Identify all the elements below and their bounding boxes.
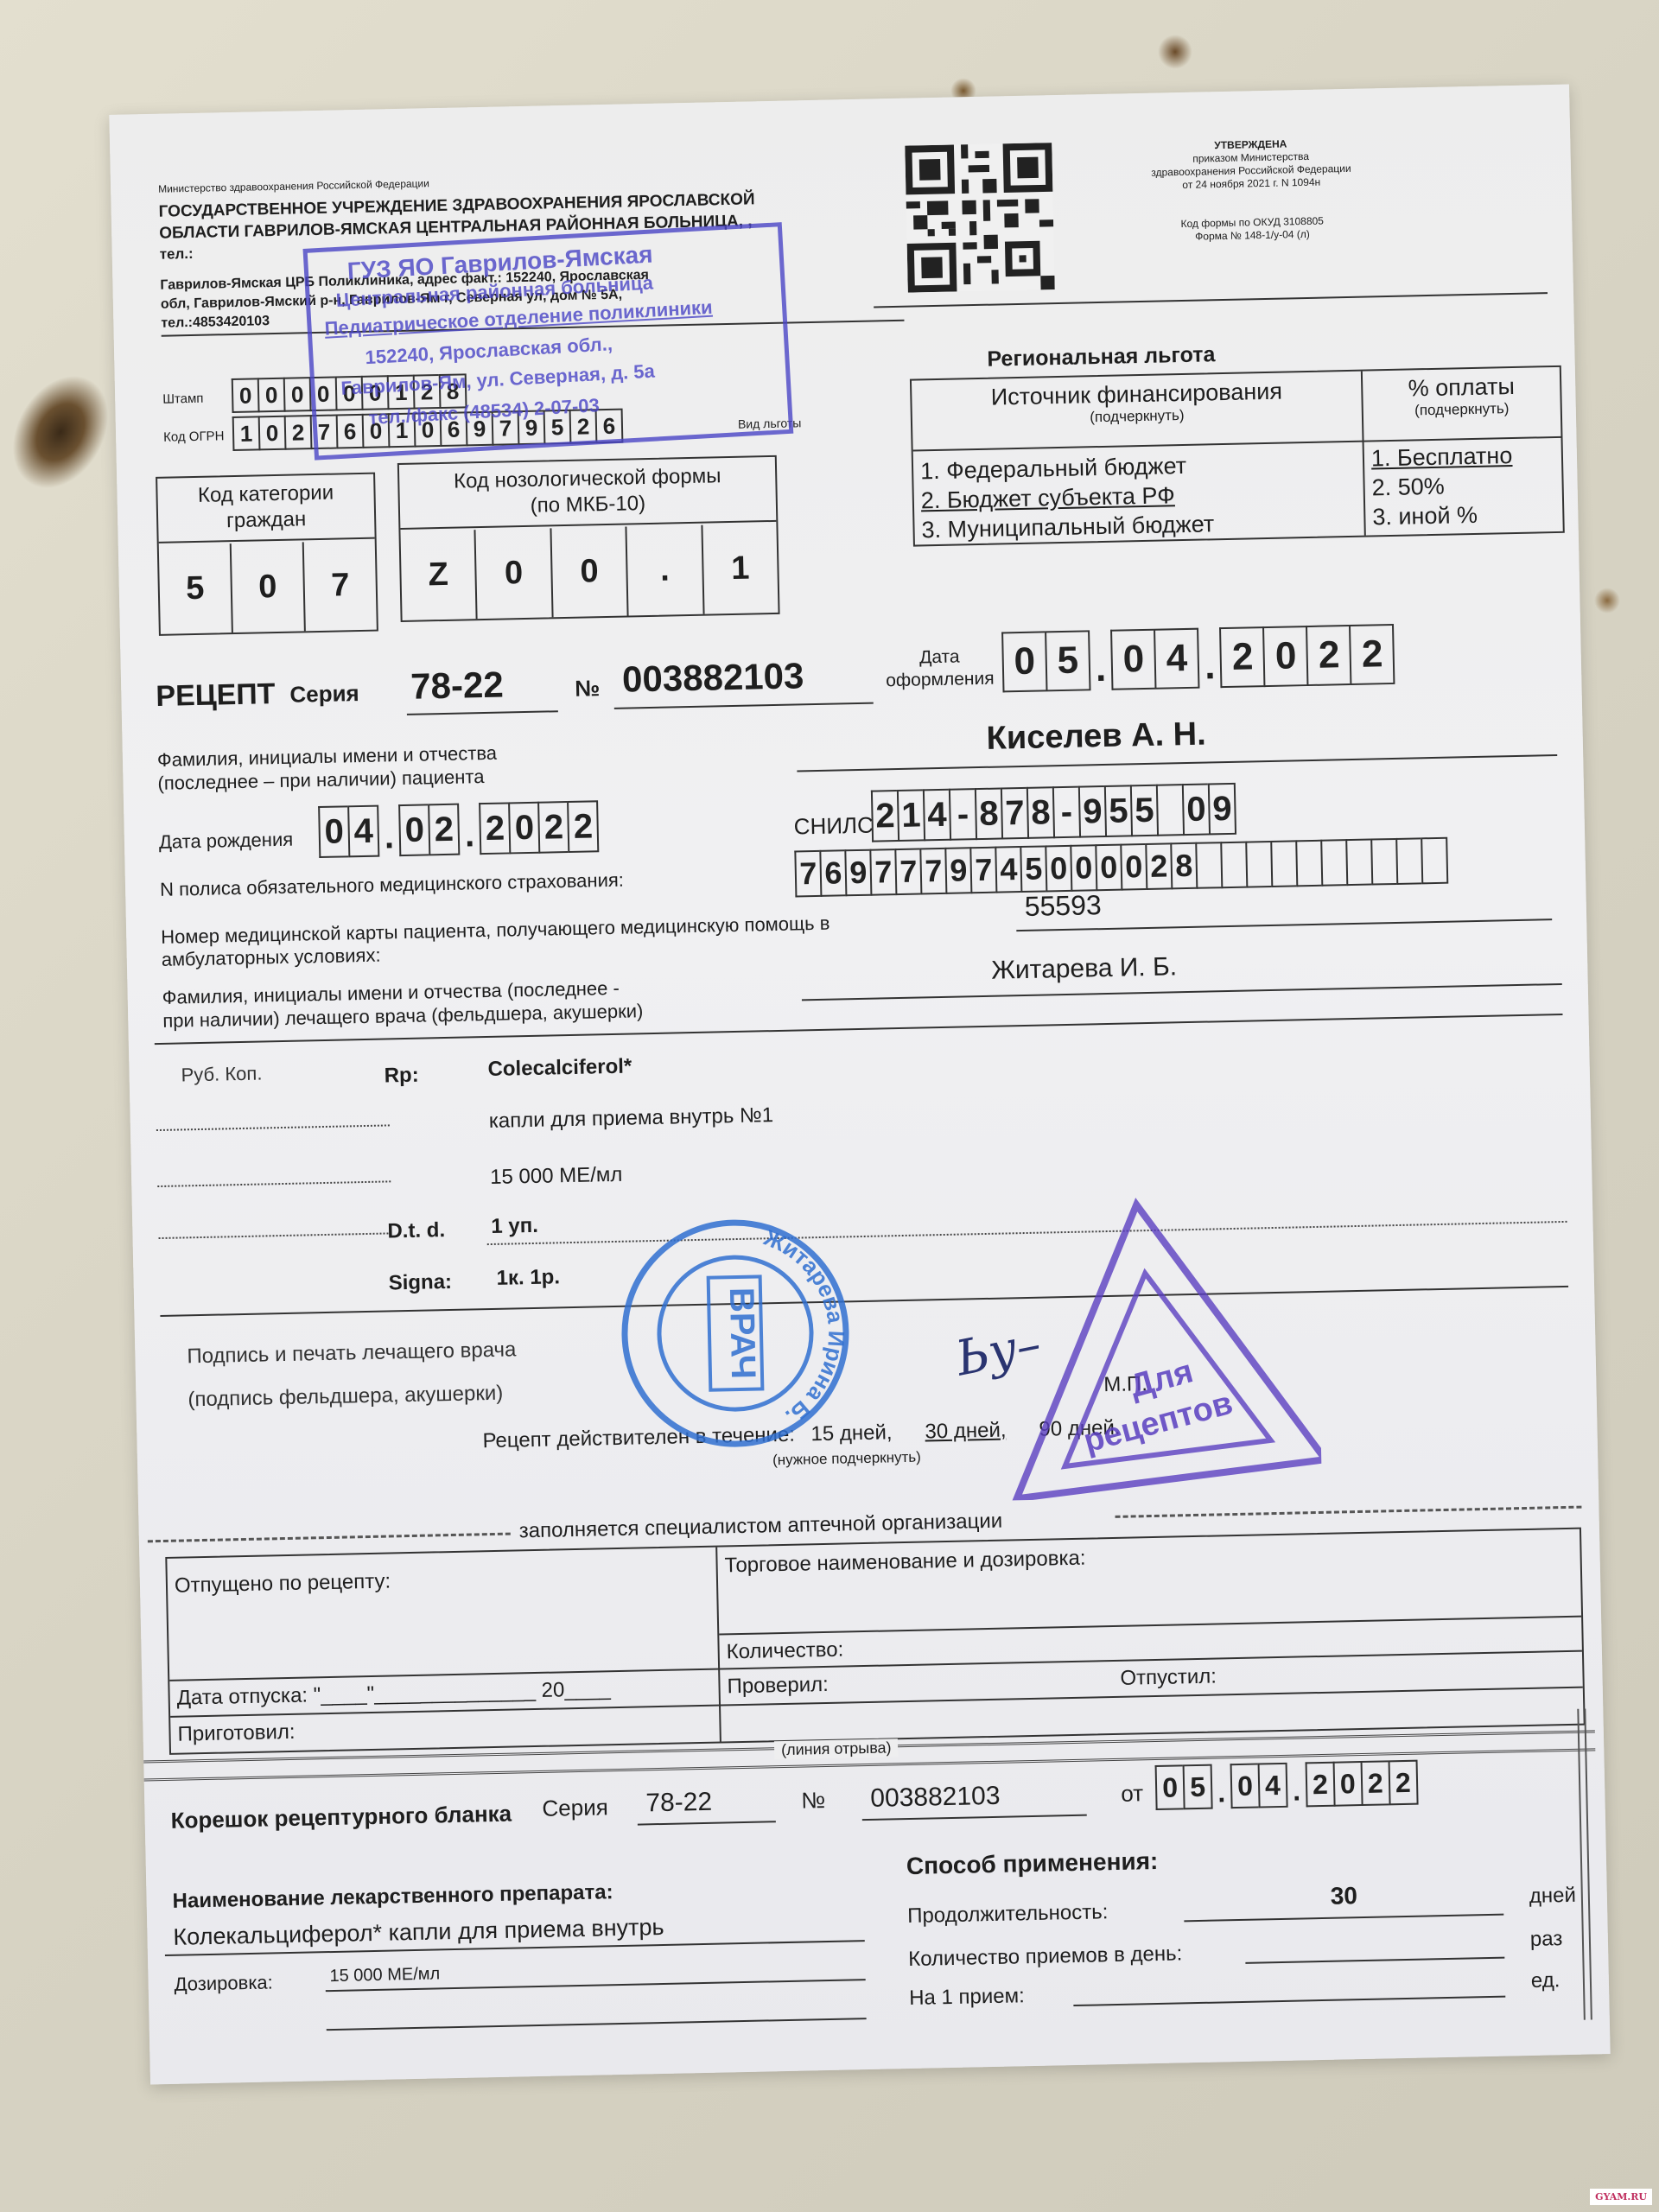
snils-digit: - — [949, 788, 976, 841]
citizen-category-cells: 507 — [159, 541, 377, 634]
prepared-label: Приготовил: — [177, 1720, 296, 1747]
stamp-digit: 0 — [283, 377, 310, 412]
date-separator: . — [1090, 647, 1111, 690]
snils-digit — [1156, 784, 1183, 836]
stub-date-prefix: от — [1121, 1780, 1143, 1808]
policy-digit: 9 — [944, 847, 970, 894]
policy-digit: 0 — [1045, 845, 1071, 893]
policy-digit: 7 — [794, 850, 820, 898]
snils-digit: 4 — [923, 789, 950, 842]
policy-digit: 5 — [1020, 845, 1046, 893]
citizen-category-box: Код категории граждан 507 — [156, 473, 378, 636]
issue-date-digit: 2 — [1349, 624, 1395, 685]
date-separator: . — [1199, 645, 1221, 688]
card-label-line2: амбулаторных условиях: — [162, 944, 381, 971]
snils-digit: 5 — [1130, 785, 1157, 837]
issue-date-digit: 4 — [1154, 628, 1199, 690]
policy-digit: 9 — [844, 849, 870, 897]
trade-name-label: Торговое наименование и дозировка: — [724, 1547, 1085, 1579]
policy-digit: 7 — [869, 849, 895, 896]
qr-code — [905, 143, 1055, 293]
policy-digit — [1295, 840, 1321, 887]
policy-digit: 0 — [1070, 844, 1096, 892]
rub-kop-label: Руб. Коп. — [181, 1062, 262, 1086]
policy-digit — [1345, 839, 1371, 887]
prescription-title: РЕЦЕПТ — [156, 677, 276, 714]
snils-digit: 8 — [1027, 786, 1053, 839]
snils-digit: - — [1052, 786, 1079, 839]
citizen-category-label: Код категории граждан — [157, 474, 375, 543]
category-digit: 0 — [232, 542, 306, 632]
icd-char: 1 — [702, 524, 779, 614]
triangle-stamp: Для рецептов — [979, 1192, 1322, 1501]
ogrn-label: Код ОГРН — [163, 429, 225, 444]
date-separator: . — [1212, 1777, 1231, 1808]
birth-date-digit: 2 — [479, 802, 509, 855]
drug-form: капли для приема внутрь №1 — [489, 1103, 774, 1134]
duration-label: Продолжительность: — [907, 1900, 1109, 1929]
payment-header: % оплаты — [1363, 372, 1560, 404]
birth-date-digit: 0 — [318, 805, 348, 858]
stub-series-label: Серия — [542, 1794, 608, 1822]
pharmacy-section-title: заполняется специалистом аптечной органи… — [518, 1510, 1002, 1544]
policy-digit — [1370, 838, 1396, 886]
policy-digit: 0 — [1095, 844, 1121, 892]
quantity-label: Количество: — [726, 1638, 843, 1665]
dtd-label: D.t. d. — [387, 1218, 445, 1243]
stamp-digit: 0 — [257, 378, 284, 413]
policy-digit: 7 — [919, 848, 945, 895]
issue-date-digit: 2 — [1306, 625, 1350, 686]
stub-number-label: № — [801, 1787, 826, 1815]
tel-label: тел.: — [160, 245, 194, 264]
watermark: GYAM.RU — [1590, 2189, 1652, 2205]
snils-digit: 5 — [1104, 785, 1131, 837]
policy-label: N полиса обязательного медицинского стра… — [160, 869, 624, 901]
date-separator: . — [460, 816, 480, 855]
issue-date-label: Дата оформления — [885, 645, 994, 693]
snils-label: СНИЛС — [793, 812, 874, 841]
signa-label: Signa: — [388, 1270, 452, 1296]
ministry-label: Министерство здравоохранения Российской … — [158, 177, 429, 195]
payment-option: 3. иной % — [1372, 499, 1559, 531]
birth-date-digit: 2 — [428, 804, 460, 856]
snils-digit: 9 — [1208, 783, 1236, 836]
validity-hint: (нужное подчеркнуть) — [772, 1449, 921, 1470]
stub-date-digit: 0 — [1155, 1764, 1184, 1810]
icd-char: . — [627, 525, 705, 616]
stub-dosage: 15 000 МЕ/мл — [329, 1964, 440, 1986]
birth-date-label: Дата рождения — [159, 829, 294, 854]
birth-date-digit: 2 — [537, 801, 568, 854]
per-dose-label: На 1 прием: — [909, 1984, 1025, 2011]
payment-option: 1. Бесплатно — [1371, 440, 1558, 473]
dispense-date-label: Дата отпуска: "____"______________ 20___… — [176, 1677, 611, 1711]
pharmacy-table: Отпущено по рецепту: Торговое наименован… — [165, 1528, 1585, 1755]
policy-digit: 7 — [894, 848, 920, 895]
issue-date-digit: 2 — [1219, 626, 1263, 688]
benefit-table: Источник финансирования (подчеркнуть) % … — [910, 365, 1565, 547]
signa-value: 1к. 1р. — [496, 1265, 560, 1291]
drug-name: Colecalciferol* — [487, 1055, 632, 1082]
duration-value: 30 — [1330, 1882, 1357, 1910]
checked-label: Проверил: — [727, 1673, 829, 1699]
series-value: 78-22 — [410, 664, 504, 708]
address-tel: тел.:4853420103 — [161, 314, 270, 332]
rp-label: Rp: — [384, 1064, 419, 1089]
policy-digit — [1395, 837, 1421, 885]
snils-digit: 7 — [1001, 787, 1027, 840]
stub-date-digit: 2 — [1305, 1762, 1333, 1808]
snils-digit: 0 — [1182, 783, 1209, 836]
policy-cells: 7697779745000028 — [794, 837, 1448, 898]
tear-line-label: (линия отрыва) — [774, 1738, 899, 1759]
per-dose-field — [1073, 1996, 1505, 2006]
per-day-field — [1245, 1957, 1504, 1964]
birth-date-digit: 0 — [508, 802, 538, 855]
stub-date-cells: 05.04.2022 — [1155, 1760, 1419, 1810]
snils-digit: 1 — [897, 789, 924, 842]
card-label-line1: Номер медицинской карты пациента, получа… — [161, 912, 830, 949]
issue-date-cells: 05.04.2022 — [1001, 624, 1395, 693]
issue-date-digit: 0 — [1110, 629, 1154, 690]
policy-digit: 7 — [969, 847, 995, 894]
snils-digit: 9 — [1078, 785, 1105, 838]
policy-digit — [1220, 842, 1246, 889]
signature-label-line2: (подпись фельдшера, акушерки) — [188, 1382, 503, 1413]
form-right-border — [1577, 1709, 1592, 2020]
snils-digit: 8 — [975, 788, 1001, 841]
stub-date-digit: 2 — [1360, 1760, 1389, 1806]
birth-date-digit: 0 — [398, 804, 429, 856]
released-label: Отпустил: — [1120, 1665, 1217, 1691]
duration-unit: дней — [1529, 1884, 1577, 1909]
payment-hint: (подчеркнуть) — [1363, 399, 1560, 421]
issue-date-digit: 5 — [1045, 630, 1090, 691]
policy-digit: 0 — [1120, 843, 1146, 891]
header-divider-right — [874, 292, 1548, 308]
stub-dosage-label: Дозировка: — [174, 1971, 273, 1995]
issue-date-digit: 0 — [1262, 626, 1306, 687]
policy-digit — [1421, 837, 1448, 885]
stub-number: 003882103 — [870, 1782, 1001, 1814]
birth-date-digit: 4 — [347, 805, 379, 858]
surface-stain — [1158, 35, 1192, 69]
date-separator: . — [378, 817, 399, 856]
icd-char: Z — [400, 530, 478, 620]
stub-date-digit: 0 — [1230, 1764, 1258, 1809]
policy-digit — [1195, 842, 1221, 889]
stub-series: 78-22 — [645, 1788, 712, 1819]
prescription-number: 003882103 — [622, 655, 804, 700]
snils-digit: 2 — [871, 790, 898, 842]
signature-label-line1: Подпись и печать лечащего врача — [187, 1338, 517, 1369]
funding-options: 1. Федеральный бюджет2. Бюджет субъекта … — [920, 448, 1363, 545]
payment-option: 2. 50% — [1371, 469, 1558, 502]
regional-benefit-title: Региональная льгота — [987, 342, 1215, 372]
number-label: № — [575, 675, 601, 702]
dispensed-label: Отпущено по рецепту: — [175, 1569, 391, 1598]
organization-stamp: ГУЗ ЯО Гаврилов-Ямская Центральная район… — [303, 222, 794, 461]
category-digit: 7 — [304, 541, 377, 632]
snils-cells: 214-878-955 09 — [871, 783, 1236, 842]
birth-date-digit: 2 — [567, 800, 599, 853]
stub-date-digit: 5 — [1183, 1764, 1213, 1810]
birth-date-cells: 04.02.2022 — [318, 800, 599, 858]
icd-char: 0 — [476, 528, 554, 619]
policy-digit: 2 — [1145, 842, 1171, 890]
date-separator: . — [1287, 1775, 1306, 1807]
surface-stain — [1594, 588, 1620, 613]
policy-digit — [1270, 840, 1296, 887]
usage-title: Способ применения: — [906, 1847, 1159, 1880]
payment-options: 1. Бесплатно2. 50%3. иной % — [1371, 440, 1559, 531]
ogrn-digit: 2 — [284, 415, 311, 450]
dtd-value: 1 уп. — [491, 1214, 538, 1239]
series-label: Серия — [289, 680, 359, 709]
stamp-digit: 0 — [232, 378, 258, 413]
policy-digit: 4 — [995, 846, 1020, 893]
prescription-form: Министерство здравоохранения Российской … — [109, 85, 1610, 2085]
issue-date-digit: 0 — [1001, 631, 1046, 692]
doctor-name: Житарева И. Б. — [991, 952, 1177, 985]
ogrn-digit: 1 — [232, 416, 259, 451]
stamp-label: Штамп — [162, 391, 204, 407]
icd-char: 0 — [551, 526, 629, 617]
stub-date-digit: 2 — [1388, 1760, 1418, 1806]
medical-card-number: 55593 — [1024, 889, 1102, 923]
stub-drug-name-label: Наименование лекарственного препарата: — [172, 1880, 613, 1914]
patient-name: Киселев А. Н. — [986, 716, 1206, 758]
drug-dose: 15 000 МЕ/мл — [490, 1163, 623, 1190]
policy-digit: 6 — [819, 849, 845, 897]
per-day-label: Количество приемов в день: — [908, 1942, 1183, 1972]
icd-code-box: Код нозологической формы (по МКБ-10) Z00… — [397, 455, 780, 622]
policy-digit: 8 — [1170, 842, 1196, 890]
policy-digit — [1245, 841, 1271, 888]
policy-digit — [1320, 839, 1346, 887]
approval-block: УТВЕРЖДЕНА приказом Министерства здравоо… — [1121, 136, 1382, 245]
icd-code-cells: Z00.1 — [400, 524, 778, 620]
stub-date-digit: 4 — [1257, 1763, 1287, 1808]
svg-text:ВРАЧ: ВРАЧ — [722, 1287, 762, 1379]
per-day-unit: раз — [1530, 1927, 1563, 1952]
category-digit: 5 — [159, 543, 233, 634]
stub-date-digit: 0 — [1332, 1761, 1361, 1807]
per-dose-unit: ед. — [1531, 1968, 1560, 1993]
stub-title: Корешок рецептурного бланка — [170, 1801, 512, 1834]
doctor-round-stamp: ВРАЧ Житарева Ирина Б. — [616, 1214, 855, 1452]
ogrn-digit: 0 — [258, 416, 285, 451]
